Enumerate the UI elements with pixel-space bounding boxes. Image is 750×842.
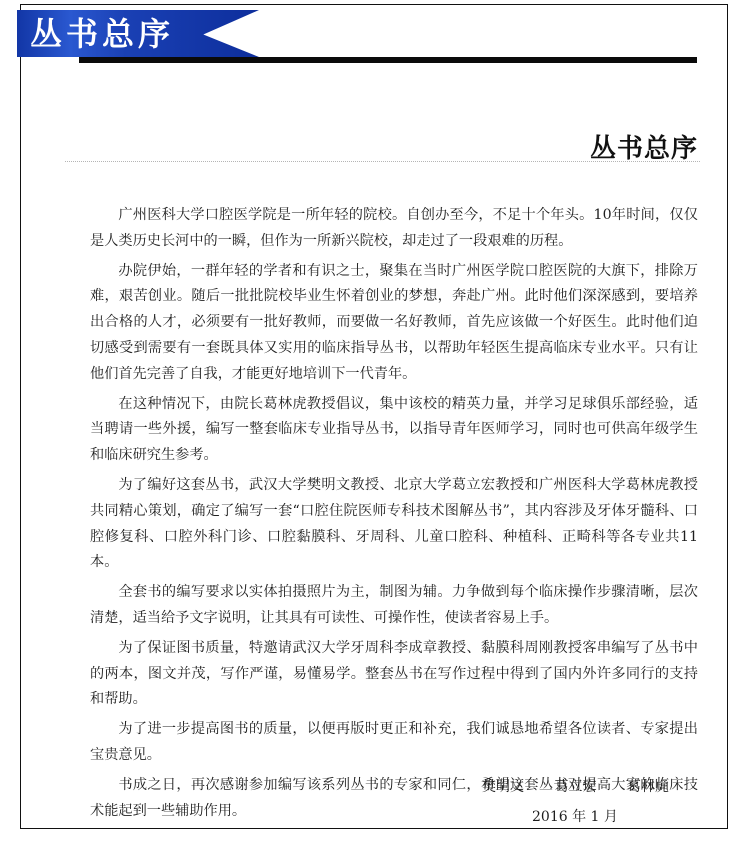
page-title: 丛书总序 <box>590 128 698 165</box>
author-name: 葛林虎 <box>627 779 669 795</box>
paragraph: 在这种情况下，由院长葛林虎教授倡议，集中该校的精英力量，并学习足球俱乐部经验，适… <box>90 392 698 469</box>
title-divider <box>65 161 700 162</box>
paragraph: 办院伊始，一群年轻的学者和有识之士，聚集在当时广州医学院口腔医院的大旗下，排除万… <box>90 259 698 388</box>
paragraph: 广州医科大学口腔医学院是一所年轻的院校。自创办至今，不足十个年头。10年时间，仅… <box>90 203 698 255</box>
author-names: 樊明文 葛立宏 葛林虎 <box>482 776 695 796</box>
preface-body: 广州医科大学口腔医学院是一所年轻的院校。自创办至今，不足十个年头。10年时间，仅… <box>90 203 698 828</box>
signature-date: 2016 年 1 月 <box>482 806 695 826</box>
author-name: 葛立宏 <box>554 779 596 795</box>
signature-block: 樊明文 葛立宏 葛林虎 2016 年 1 月 <box>482 776 695 826</box>
banner-underline-bar <box>79 57 697 63</box>
banner-title: 丛书总序 <box>30 13 174 55</box>
paragraph: 为了进一步提高图书的质量，以便再版时更正和补充，我们诚恳地希望各位读者、专家提出… <box>90 717 698 769</box>
author-name: 樊明文 <box>482 779 524 795</box>
paragraph: 为了保证图书质量，特邀请武汉大学牙周科李成章教授、黏膜科周刚教授客串编写了丛书中… <box>90 636 698 713</box>
paragraph: 为了编好这套丛书，武汉大学樊明文教授、北京大学葛立宏教授和广州医科大学葛林虎教授… <box>90 473 698 576</box>
paragraph: 全套书的编写要求以实体拍摄照片为主，制图为辅。力争做到每个临床操作步骤清晰，层次… <box>90 580 698 632</box>
